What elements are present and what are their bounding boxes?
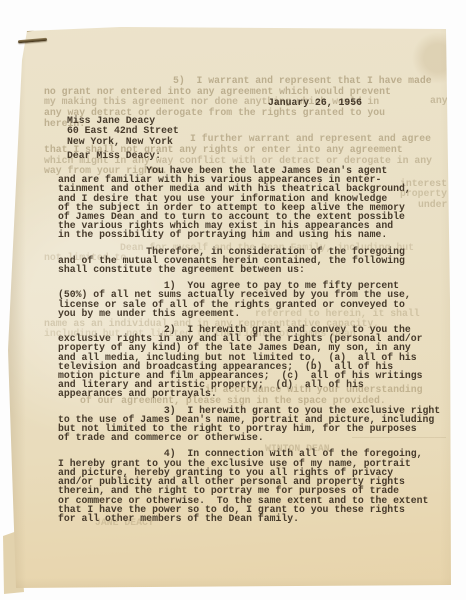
letter-paragraph: You have been the late James Dean's agen… (58, 166, 440, 240)
body-line: shall constitute the agreement between u… (58, 265, 440, 274)
recipient-address: Miss Jane Deacy60 East 42nd StreetNew Yo… (67, 116, 179, 147)
body-line: you by me under this agreement. (58, 309, 440, 318)
ghost-line: any (430, 96, 448, 106)
ghost-line: 5) I warrant and represent that I have m… (173, 76, 432, 86)
letter-paragraph: 4) In connection with all of the foregoi… (58, 449, 440, 523)
letter-body: You have been the late James Dean's agen… (58, 166, 440, 523)
body-line: appearances and portrayals. (58, 389, 440, 398)
salutation: Dear Miss Deacy: (67, 151, 161, 160)
letter-page: 5) I warrant and represent that I have m… (0, 0, 466, 600)
body-line: for all other members of the Dean family… (58, 514, 440, 523)
letter-date: January 26, 1956 (268, 98, 362, 107)
letter-paragraph: 3) I herewith grant to you the exclusive… (58, 406, 440, 443)
letter-paragraph: 1) You agree to pay to me fifty percent(… (58, 281, 440, 318)
scanned-letter-scene: 5) I warrant and represent that I have m… (0, 0, 466, 600)
body-line: in the possibility of portraying him and… (58, 230, 440, 239)
letter-paragraph: Therefore, in consideration of the foreg… (58, 247, 440, 275)
body-line: of trade and commerce or otherwise. (58, 433, 440, 442)
address-line: New York, New York (67, 137, 179, 147)
letter-paragraph: 2) I herewith grant and convey to you th… (58, 325, 440, 399)
ghost-line: I further warrant and represent and agre… (190, 134, 431, 144)
